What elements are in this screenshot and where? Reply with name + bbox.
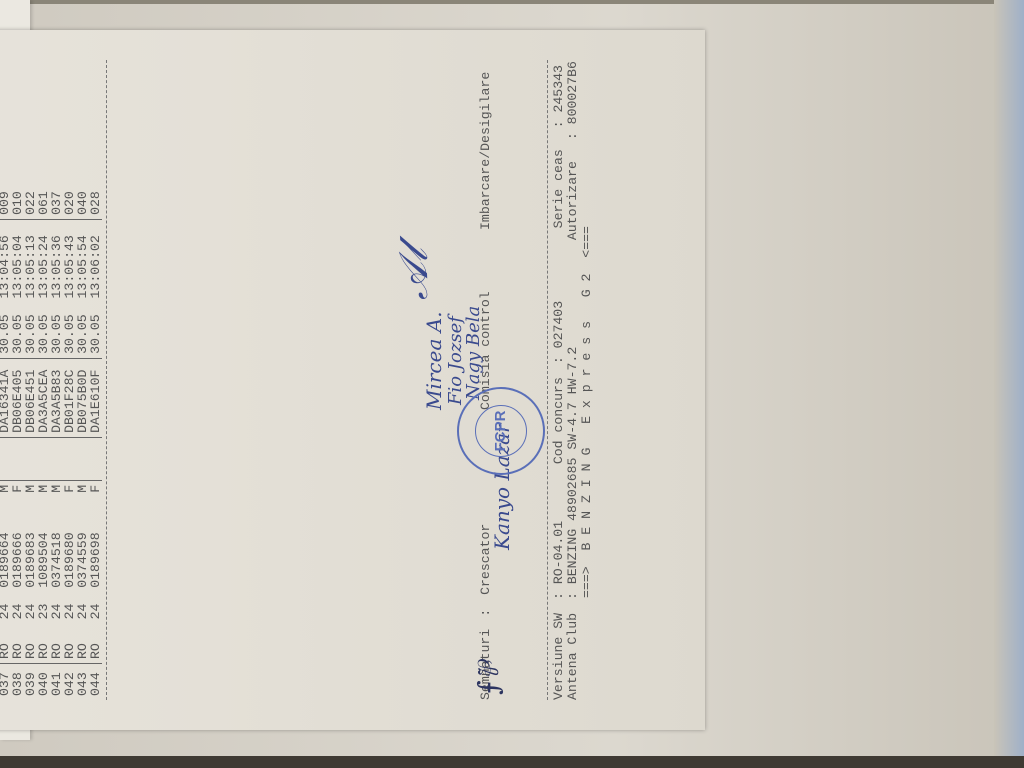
cell-culoare xyxy=(89,437,102,480)
pigeon-table: Nr. Serie inel Culoare Nr.inelSenzor Imb… xyxy=(0,40,102,700)
signature-left: ⨍⅌ xyxy=(482,662,496,695)
brand-line: ===> B E N Z I N G E x p r e s s G 2 <==… xyxy=(580,60,594,700)
cell-culoare xyxy=(24,437,37,480)
cell-culoare xyxy=(37,437,50,480)
cell-observatii: 028 xyxy=(89,40,102,219)
autorizare-value: 800027B6 xyxy=(566,61,580,124)
antena-label: Antena Club xyxy=(566,600,580,700)
imbarcare-desigilare-label: Imbarcare/Desigilare xyxy=(479,72,493,230)
stamp-inner: FCPR xyxy=(475,405,527,457)
serie-ceas-value: 245343 xyxy=(552,65,566,112)
cell-nr: 044 xyxy=(89,664,102,701)
background-bottom-edge xyxy=(0,756,1024,768)
antena-value: BENZING 48902685 SW-4.7 HW-7.2 xyxy=(566,240,580,584)
signature-commission-1: Mircea A. xyxy=(427,311,441,410)
cell-serie-inel: RO 24 0189698 F xyxy=(89,480,102,663)
divider xyxy=(547,60,548,700)
cell-culoare xyxy=(50,437,63,480)
club-stamp: FCPR xyxy=(457,387,545,475)
signature-commission-3: Nagy Bela xyxy=(467,306,481,400)
signature-commission-2: Fio Jozsef xyxy=(449,316,463,405)
cell-imbarcare: 30.05 13:06:02 xyxy=(89,219,102,358)
background-right-edge xyxy=(994,0,1024,768)
versiune-label: Versiune SW xyxy=(552,600,566,700)
cell-senzor: DA1E610F xyxy=(89,358,102,437)
cell-culoare xyxy=(76,437,89,480)
table-row: 044RO 24 0189698 FDA1E610F30.05 13:06:02… xyxy=(89,40,102,700)
signatures-block: Semnaturi: Crescator Comisia control Imb… xyxy=(107,60,547,700)
autorizare-label: Autorizare xyxy=(566,140,580,240)
cell-culoare xyxy=(0,437,11,480)
cell-culoare xyxy=(63,437,76,480)
cell-culoare xyxy=(11,437,24,480)
signature-scribble: 𝒜𝓁 xyxy=(407,249,421,300)
cod-concurs-label: Cod concurs xyxy=(552,364,566,464)
footer: Versiune SW: RO-04.01 Cod concurs: 02740… xyxy=(552,60,594,700)
serie-ceas-label: Serie ceas xyxy=(552,128,566,228)
basketing-sheet: CV 25 BENZING - FISA PORUMBEI IMBARCATI … xyxy=(0,30,705,730)
versiune-value: RO-04.01 xyxy=(552,464,566,584)
cod-concurs-value: 027403 xyxy=(552,228,566,348)
